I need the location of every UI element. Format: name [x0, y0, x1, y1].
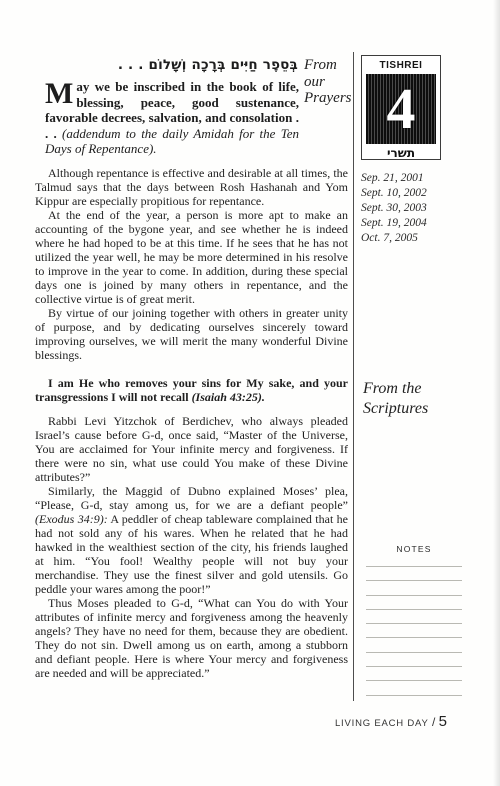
page-footer: LIVING EACH DAY / 5 — [247, 713, 447, 731]
paragraph-segment: Similarly, the Maggid of Dubno explained… — [35, 484, 348, 512]
notes-line — [366, 695, 462, 696]
paragraph-segment: (Isaiah 43:25). — [192, 390, 265, 404]
calendar-month-name: TISHREI — [362, 60, 440, 71]
drop-cap: M — [45, 79, 76, 106]
calendar-striped-square: 4 — [366, 74, 436, 144]
notes-line — [366, 637, 462, 638]
calendar-date: Sep. 21, 2001 — [361, 171, 471, 186]
para-joining-together: By virtue of our joining together with o… — [35, 306, 348, 362]
margin-label-from-our-prayers: From our Prayers — [304, 57, 360, 107]
para-maggid-of-dubno: Similarly, the Maggid of Dubno explained… — [35, 484, 348, 596]
para-repentance-effective: Although repentance is effective and des… — [35, 166, 348, 208]
notes-line — [366, 680, 462, 681]
scan-edge-shadow — [493, 0, 500, 786]
paragraph-segment: (Exodus 34:9): — [35, 512, 108, 526]
para-end-of-year: At the end of the year, a person is more… — [35, 208, 348, 306]
book-page: . . . בְּסֵפֶר חַיִּים בְּרָכָה וְשָׁלוֹ… — [0, 0, 500, 786]
notes-line — [366, 623, 462, 624]
calendar-date: Sept. 30, 2003 — [361, 201, 471, 216]
calendar-month-hebrew: תשרי — [362, 146, 440, 160]
notes-section: NOTES — [366, 544, 462, 709]
page-number: 5 — [439, 713, 447, 730]
calendar-day-box: TISHREI 4 תשרי — [361, 55, 441, 160]
margin-label-from-the-scriptures: From the Scriptures — [363, 379, 455, 419]
paragraph-segment: Although repentance is effective and des… — [35, 166, 348, 208]
paragraph-segment: At the end of the year, a person is more… — [35, 208, 348, 306]
body-paragraphs: Although repentance is effective and des… — [35, 166, 348, 680]
para-moses-pleaded: Thus Moses pleaded to G-d, “What can You… — [35, 596, 348, 680]
paragraph-segment: By virtue of our joining together with o… — [35, 306, 348, 362]
calendar-date: Sept. 10, 2002 — [361, 186, 471, 201]
calendar-day-number: 4 — [366, 74, 436, 144]
notes-line — [366, 666, 462, 667]
prayer-addendum-text: (addendum to the daily Amidah for the Te… — [45, 126, 299, 157]
calendar-date: Oct. 7, 2005 — [361, 231, 471, 246]
notes-line — [366, 595, 462, 596]
notes-line — [366, 566, 462, 567]
prayer-opening-paragraph: May we be inscribed in the book of life,… — [45, 79, 299, 157]
footer-separator: / — [429, 715, 439, 729]
notes-line — [366, 609, 462, 610]
paragraph-segment: Rabbi Levi Yitzchok of Berdichev, who al… — [35, 414, 348, 484]
book-title: LIVING EACH DAY — [335, 718, 429, 729]
notes-line — [366, 580, 462, 581]
civil-date-list: Sep. 21, 2001Sept. 10, 2002Sept. 30, 200… — [361, 171, 471, 246]
notes-label: NOTES — [366, 544, 462, 554]
calendar-date: Sept. 19, 2004 — [361, 216, 471, 231]
scripture-verse: I am He who removes your sins for My sak… — [35, 376, 348, 404]
notes-line — [366, 652, 462, 653]
para-levi-yitzchok: Rabbi Levi Yitzchok of Berdichev, who al… — [35, 414, 348, 484]
paragraph-segment: Thus Moses pleaded to G-d, “What can You… — [35, 596, 348, 680]
hebrew-prayer-line: . . . בְּסֵפֶר חַיִּים בְּרָכָה וְשָׁלוֹ… — [35, 57, 298, 73]
column-divider-rule — [353, 52, 354, 701]
notes-ruled-lines — [366, 566, 462, 696]
